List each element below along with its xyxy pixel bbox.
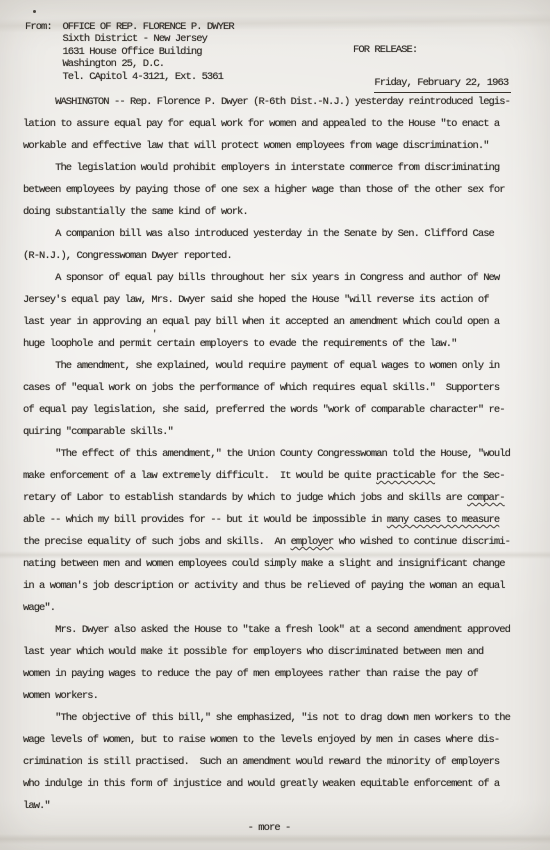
scanned-press-release-page: From: OFFICE OF REP. FLORENCE P. DWYER S… xyxy=(0,0,550,850)
typed-text: between employees by paying those of one… xyxy=(23,184,505,196)
sender-address-line: Tel. CApitol 4-3121, Ext. 5361 xyxy=(25,71,234,83)
typed-text: WASHINGTON -- Rep. Florence P. Dwyer (R-… xyxy=(23,96,510,108)
typed-text: able -- which my bill provides for -- bu… xyxy=(23,514,387,526)
typed-text: who indulge in this form of injustice an… xyxy=(23,778,499,790)
body-line: "The objective of this bill," she emphas… xyxy=(23,707,523,729)
typed-text: The legislation would prohibit employers… xyxy=(23,162,499,174)
typed-text: Mrs. Dwyer also asked the House to "take… xyxy=(23,624,510,636)
typed-text: in a woman's job description or activity… xyxy=(23,580,505,592)
typed-text: crimination is still practised. Such an … xyxy=(23,756,499,768)
typed-text: the precise equality of such jobs and sk… xyxy=(23,536,291,548)
body-line: quiring "comparable skills." xyxy=(23,421,523,443)
body-line: WASHINGTON -- Rep. Florence P. Dwyer (R-… xyxy=(23,91,523,113)
body-line: in a woman's job description or activity… xyxy=(23,575,523,597)
typed-text: wage levels of women, but to raise women… xyxy=(23,734,499,746)
typed-text: of equal pay legislation, she said, pref… xyxy=(23,404,505,416)
pencil-underlined-text: compar- xyxy=(467,492,504,504)
for-release-label: FOR RELEASE: xyxy=(353,44,417,57)
body-line: women workers. xyxy=(23,685,523,707)
body-line: The amendment, she explained, would requ… xyxy=(23,355,523,377)
body-line: last year which would make it possible f… xyxy=(23,641,523,663)
typed-text: women workers. xyxy=(23,690,98,702)
body-line: workable and effective law that will pro… xyxy=(23,135,523,157)
pencil-underlined-text: employer xyxy=(291,536,334,548)
body-line: "The effect of this amendment," the Unio… xyxy=(23,443,523,465)
body-line: doing substantially the same kind of wor… xyxy=(23,201,523,223)
typed-text: doing substantially the same kind of wor… xyxy=(23,206,248,218)
body-line: last year in approving an equal pay bill… xyxy=(23,311,523,333)
typed-text: last year in approving an equal pay bill… xyxy=(23,316,499,328)
body-line: women in paying wages to reduce the pay … xyxy=(23,663,523,685)
body-line: Jersey's equal pay law, Mrs. Dwyer said … xyxy=(23,289,523,311)
typed-text: Jersey's equal pay law, Mrs. Dwyer said … xyxy=(23,294,489,306)
typed-text: A companion bill was also introduced yes… xyxy=(23,228,494,240)
body-line: between employees by paying those of one… xyxy=(23,179,523,201)
typed-text: "The effect of this amendment," the Unio… xyxy=(23,448,510,460)
handwritten-insertion-mark: ' xyxy=(152,329,157,339)
sender-address-block: From: OFFICE OF REP. FLORENCE P. DWYER S… xyxy=(25,21,234,83)
pencil-underlined-text: many cases to measure xyxy=(387,514,499,526)
body-line: wage levels of women, but to raise women… xyxy=(23,729,523,751)
body-line: law." xyxy=(23,795,523,817)
body-line: A sponsor of equal pay bills throughout … xyxy=(23,267,523,289)
body-line: huge loophole and permit certain employe… xyxy=(23,333,523,355)
pencil-underlined-text: practicable xyxy=(376,470,435,482)
typed-text: "The objective of this bill," she emphas… xyxy=(23,712,510,724)
typed-text: workable and effective law that will pro… xyxy=(23,140,489,152)
typed-text: law." xyxy=(23,800,50,812)
body-line: retary of Labor to establish standards b… xyxy=(23,487,523,509)
typed-text: women in paying wages to reduce the pay … xyxy=(23,668,478,680)
typed-text: make enforcement of a law extremely diff… xyxy=(23,470,376,482)
sender-address-line: From: OFFICE OF REP. FLORENCE P. DWYER xyxy=(25,21,234,33)
body-line: nating between men and women employees c… xyxy=(23,553,523,575)
body-line: make enforcement of a law extremely diff… xyxy=(23,465,523,487)
body-line: of equal pay legislation, she said, pref… xyxy=(23,399,523,421)
typed-text: retary of Labor to establish standards b… xyxy=(23,492,467,504)
typed-text: for the Sec- xyxy=(435,470,505,482)
typed-text: quiring "comparable skills." xyxy=(23,426,173,438)
body-line: who indulge in this form of injustice an… xyxy=(23,773,523,795)
typed-text: wage". xyxy=(23,602,55,614)
body-line: crimination is still practised. Such an … xyxy=(23,751,523,773)
body-line: Mrs. Dwyer also asked the House to "take… xyxy=(23,619,523,641)
typed-text: A sponsor of equal pay bills throughout … xyxy=(23,272,499,284)
body-line: wage". xyxy=(23,597,523,619)
typed-text: cases of "equal work on jobs the perform… xyxy=(23,382,499,394)
body-line: The legislation would prohibit employers… xyxy=(23,157,523,179)
ink-speck xyxy=(33,10,36,13)
typed-text: huge loophole and permit certain employe… xyxy=(23,338,456,350)
body-line: lation to assure equal pay for equal wor… xyxy=(23,113,523,135)
body-line: cases of "equal work on jobs the perform… xyxy=(23,377,523,399)
sender-address-line: Sixth District - New Jersey xyxy=(25,33,234,45)
body-line: (R-N.J.), Congresswoman Dwyer reported. xyxy=(23,245,523,267)
sender-address-line: 1631 House Office Building xyxy=(25,46,234,58)
sender-address-line: Washington 25, D.C. xyxy=(25,58,234,70)
typed-text: who wished to continue discrimi- xyxy=(333,536,510,548)
typed-text: The amendment, she explained, would requ… xyxy=(23,360,499,372)
more-continuation-marker: - more - xyxy=(23,817,515,839)
typed-text: last year which would make it possible f… xyxy=(23,646,483,658)
body-line: A companion bill was also introduced yes… xyxy=(23,223,523,245)
typed-text: lation to assure equal pay for equal wor… xyxy=(23,118,499,130)
typed-text: (R-N.J.), Congresswoman Dwyer reported. xyxy=(23,250,232,262)
body-line: able -- which my bill provides for -- bu… xyxy=(23,509,523,531)
body-line: the precise equality of such jobs and sk… xyxy=(23,531,523,553)
body-lines: WASHINGTON -- Rep. Florence P. Dwyer (R-… xyxy=(23,91,523,817)
typed-text: nating between men and women employees c… xyxy=(23,558,505,570)
